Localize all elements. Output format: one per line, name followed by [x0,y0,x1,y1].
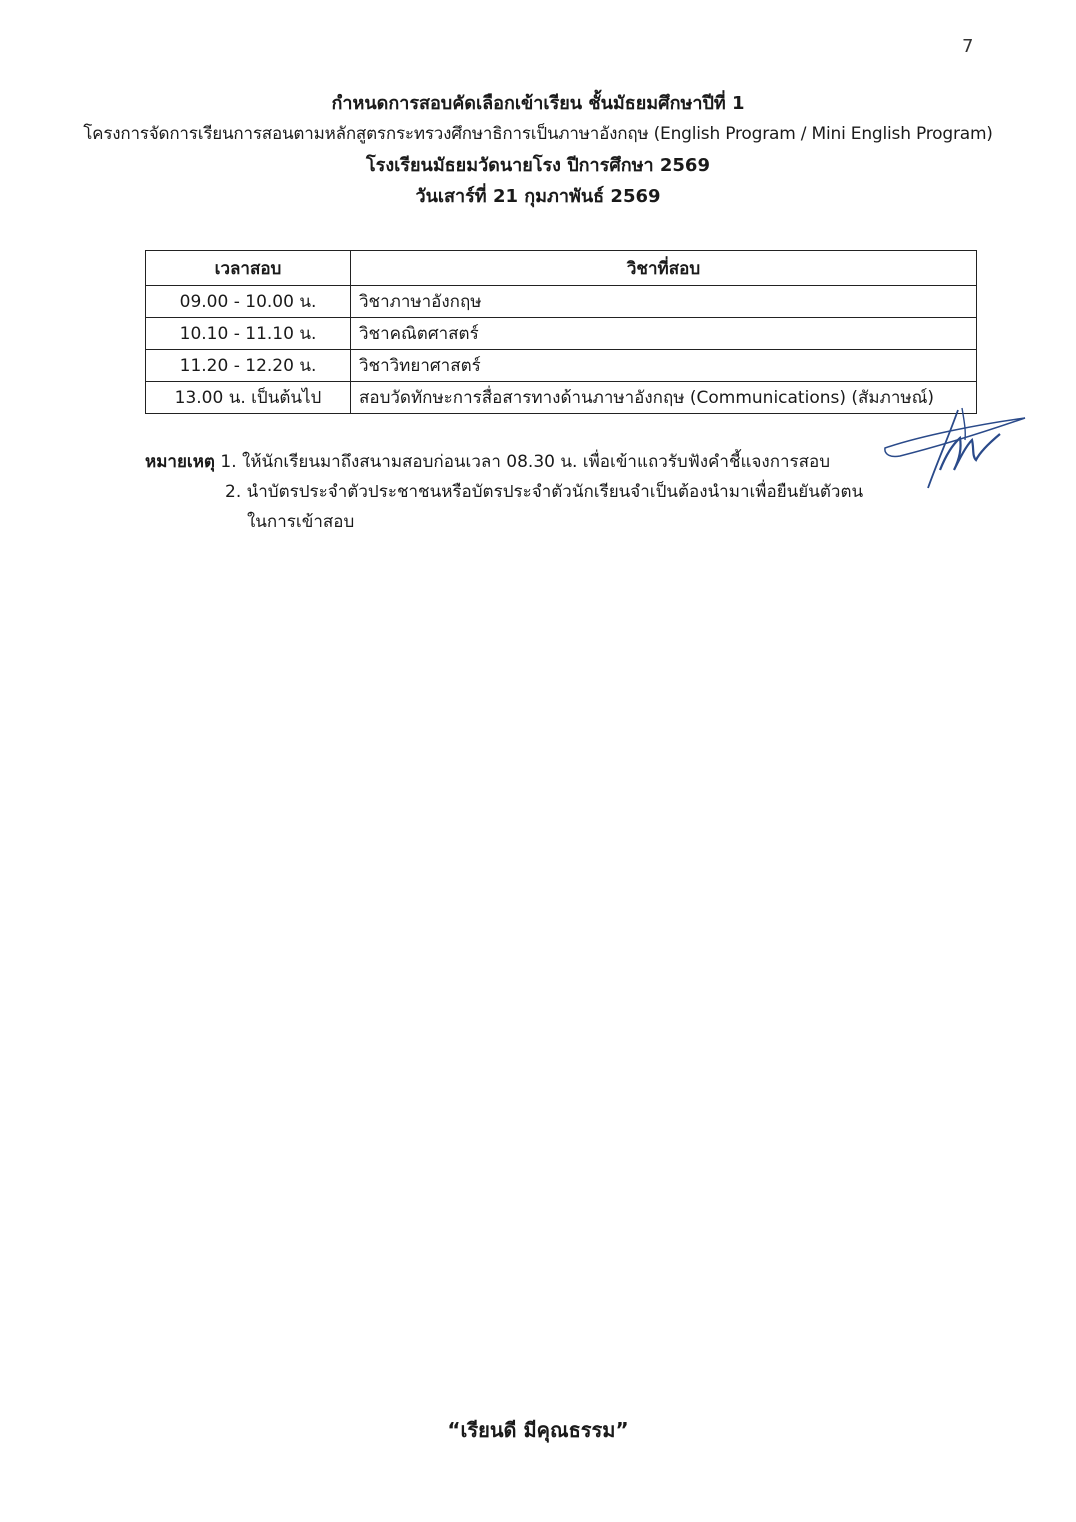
note-item: 2. นำบัตรประจำตัวประชาชนหรือบัตรประจำตัว… [145,477,863,507]
exam-schedule-table: เวลาสอบ วิชาที่สอบ 09.00 - 10.00 น. วิชา… [145,250,977,414]
notes-label: หมายเหตุ [145,452,215,472]
table-row: 11.20 - 12.20 น. วิชาวิทยาศาสตร์ [146,350,977,382]
header-exam-subject: วิชาที่สอบ [351,251,977,286]
note-text: 1. ให้นักเรียนมาถึงสนามสอบก่อนเวลา 08.30… [220,452,830,472]
signature-icon [880,400,1030,500]
page-number: 7 [962,36,973,57]
exam-time: 11.20 - 12.20 น. [146,350,351,382]
document-header: กำหนดการสอบคัดเลือกเข้าเรียน ชั้นมัธยมศึ… [0,88,1076,212]
school-line: โรงเรียนมัธยมวัดนายโรง ปีการศึกษา 2569 [0,150,1076,181]
date-line: วันเสาร์ที่ 21 กุมภาพันธ์ 2569 [0,181,1076,212]
table-row: 10.10 - 11.10 น. วิชาคณิตศาสตร์ [146,318,977,350]
note-item: หมายเหตุ 1. ให้นักเรียนมาถึงสนามสอบก่อนเ… [145,447,863,477]
note-item-continuation: ในการเข้าสอบ [145,507,863,537]
table-row: 09.00 - 10.00 น. วิชาภาษาอังกฤษ [146,286,977,318]
note-text: ในการเข้าสอบ [247,512,354,532]
notes-section: หมายเหตุ 1. ให้นักเรียนมาถึงสนามสอบก่อนเ… [145,447,863,537]
exam-subject: วิชาคณิตศาสตร์ [351,318,977,350]
school-motto: “เรียนดี มีคุณธรรม” [0,1414,1076,1446]
exam-subject: วิชาภาษาอังกฤษ [351,286,977,318]
program-line: โครงการจัดการเรียนการสอนตามหลักสูตรกระทร… [0,119,1076,150]
note-text: 2. นำบัตรประจำตัวประชาชนหรือบัตรประจำตัว… [225,482,863,502]
title-line: กำหนดการสอบคัดเลือกเข้าเรียน ชั้นมัธยมศึ… [0,88,1076,119]
exam-time: 10.10 - 11.10 น. [146,318,351,350]
header-exam-time: เวลาสอบ [146,251,351,286]
exam-subject: วิชาวิทยาศาสตร์ [351,350,977,382]
table-row: 13.00 น. เป็นต้นไป สอบวัดทักษะการสื่อสาร… [146,382,977,414]
exam-time: 09.00 - 10.00 น. [146,286,351,318]
exam-time: 13.00 น. เป็นต้นไป [146,382,351,414]
table-header-row: เวลาสอบ วิชาที่สอบ [146,251,977,286]
